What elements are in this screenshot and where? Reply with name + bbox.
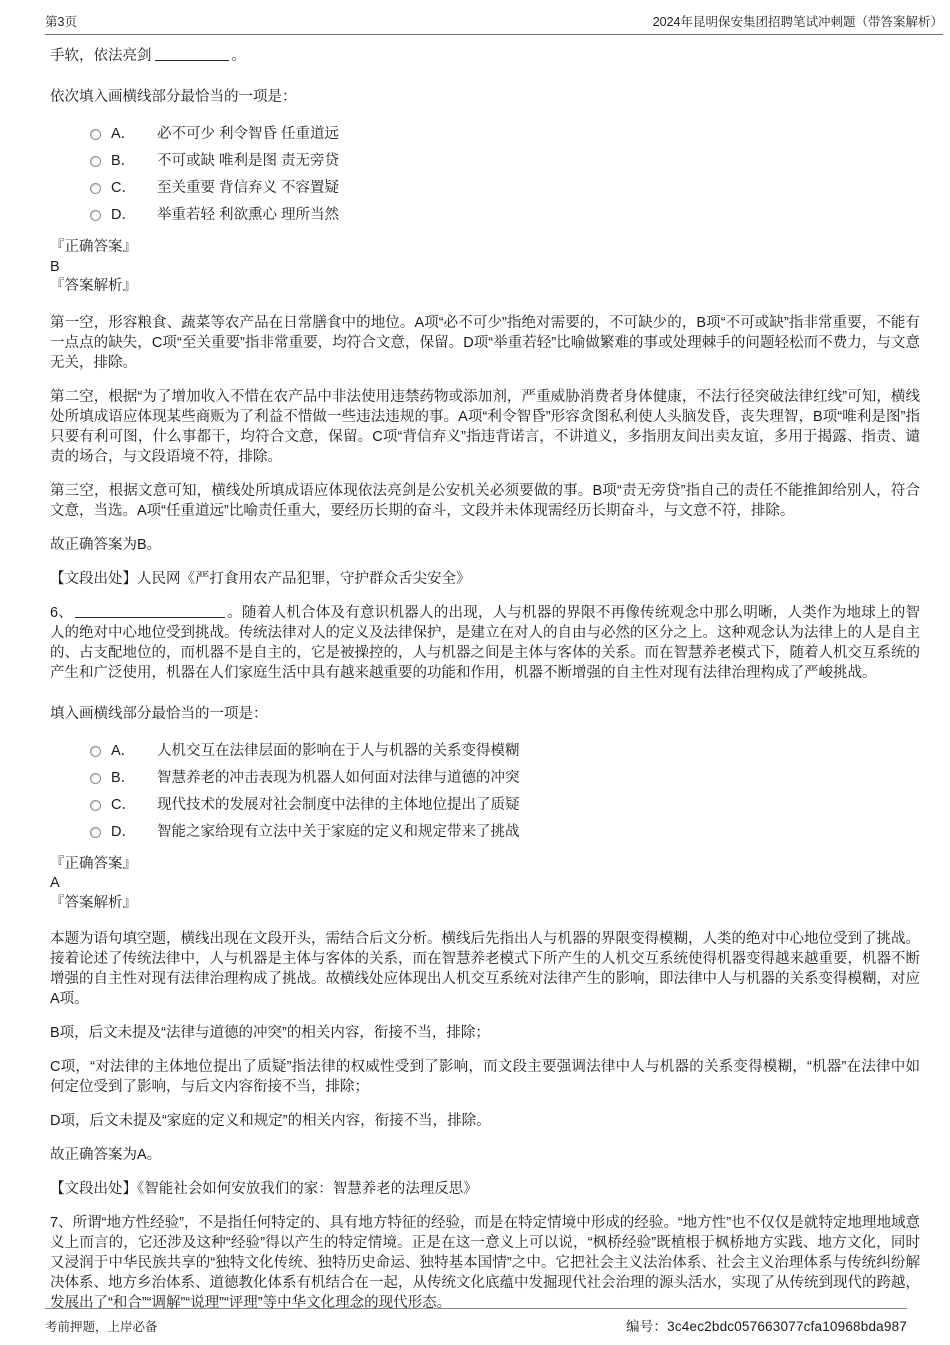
correct-answer-value: A xyxy=(50,874,920,894)
q6-analysis-conclusion: 故正确答案为A。 xyxy=(50,1145,920,1165)
q5-prompt: 依次填入画横线部分最恰当的一项是： xyxy=(50,87,920,107)
page-header: 第3页 2024年昆明保安集团招聘笔试冲刺题（带答案解析） xyxy=(45,12,943,35)
q5-passage-tail: 手软，依法亮剑。 xyxy=(50,46,920,66)
q6-option-c[interactable]: C． 现代技术的发展对社会制度中法律的主体地位提出了质疑 xyxy=(90,792,920,819)
option-letter: A． xyxy=(111,738,157,765)
option-text: 至关重要 背信弃义 不容置疑 xyxy=(157,175,339,202)
option-letter: D． xyxy=(111,202,157,229)
q7-passage: 7、所谓“地方性经验”，不是指任何特定的、具有地方特征的经验，而是在特定情境中形… xyxy=(50,1213,920,1313)
q5-passage-text: 手软，依法亮剑 xyxy=(50,48,152,64)
q5-analysis-paragraph: 第一空，形容粮食、蔬菜等农产品在日常膳食中的地位。A项“必不可少”指绝对需要的，… xyxy=(50,313,920,373)
q5-source-line: 【文段出处】人民网《严打食用农产品犯罪，守护群众舌尖安全》 xyxy=(50,569,920,589)
blank-underline xyxy=(75,604,225,618)
option-text: 人机交互在法律层面的影响在于人与机器的关系变得模糊 xyxy=(157,738,520,765)
option-letter: C． xyxy=(111,175,157,202)
q5-analysis-paragraph: 第三空，根据文意可知，横线处所填成语应体现依法亮剑是公安机关必须要做的事。B项“… xyxy=(50,481,920,521)
page-number-label: 第3页 xyxy=(45,12,77,30)
q6-answer-block: 『正确答案』 A 『答案解析』 xyxy=(50,855,920,914)
option-text: 智能之家给现有立法中关于家庭的定义和规定带来了挑战 xyxy=(157,819,520,846)
q6-prompt: 填入画横线部分最恰当的一项是： xyxy=(50,704,920,724)
document-page: 第3页 2024年昆明保安集团招聘笔试冲刺题（带答案解析） 手软，依法亮剑。 依… xyxy=(0,0,950,1345)
blank-underline xyxy=(155,47,229,61)
correct-answer-value: B xyxy=(50,258,920,278)
radio-button-icon[interactable] xyxy=(90,827,101,838)
q5-analysis-conclusion: 故正确答案为B。 xyxy=(50,535,920,555)
q7-passage-text: 所谓“地方性经验”，不是指任何特定的、具有地方特征的经验，而是在特定情境中形成的… xyxy=(50,1215,920,1311)
analysis-label: 『答案解析』 xyxy=(50,894,920,914)
q5-option-c[interactable]: C． 至关重要 背信弃义 不容置疑 xyxy=(90,175,920,202)
document-body: 手软，依法亮剑。 依次填入画横线部分最恰当的一项是： A． 必不可少 利令智昏 … xyxy=(50,46,920,1327)
q6-analysis-paragraph: D项，后文未提及“家庭的定义和规定”的相关内容，衔接不当，排除。 xyxy=(50,1111,920,1131)
option-letter: C． xyxy=(111,792,157,819)
page-footer: 考前押题，上岸必备 编号：3c4ec2bdc057663077cfa10968b… xyxy=(45,1308,907,1335)
q6-analysis-paragraph: C项，“对法律的主体地位提出了质疑”指法律的权威性受到了影响，而文段主要强调法律… xyxy=(50,1057,920,1097)
q6-analysis-paragraph: 本题为语句填空题，横线出现在文段开头，需结合后文分析。横线后先指出人与机器的界限… xyxy=(50,929,920,1009)
radio-button-icon[interactable] xyxy=(90,773,101,784)
q5-option-a[interactable]: A． 必不可少 利令智昏 任重道远 xyxy=(90,121,920,148)
option-letter: B． xyxy=(111,148,157,175)
option-text: 现代技术的发展对社会制度中法律的主体地位提出了质疑 xyxy=(157,792,520,819)
option-text: 不可或缺 唯利是图 责无旁贷 xyxy=(157,148,339,175)
radio-button-icon[interactable] xyxy=(90,183,101,194)
radio-button-icon[interactable] xyxy=(90,746,101,757)
q5-options: A． 必不可少 利令智昏 任重道远 B． 不可或缺 唯利是图 责无旁贷 C． 至… xyxy=(50,121,920,229)
option-text: 必不可少 利令智昏 任重道远 xyxy=(157,121,339,148)
q6-option-a[interactable]: A． 人机交互在法律层面的影响在于人与机器的关系变得模糊 xyxy=(90,738,920,765)
q6-analysis-paragraph: B项，后文未提及“法律与道德的冲突”的相关内容，衔接不当，排除； xyxy=(50,1023,920,1043)
radio-button-icon[interactable] xyxy=(90,800,101,811)
q5-option-d[interactable]: D． 举重若轻 利欲熏心 理所当然 xyxy=(90,202,920,229)
q6-option-b[interactable]: B． 智慧养老的冲击表现为机器人如何面对法律与道德的冲突 xyxy=(90,765,920,792)
radio-button-icon[interactable] xyxy=(90,156,101,167)
q5-option-b[interactable]: B． 不可或缺 唯利是图 责无旁贷 xyxy=(90,148,920,175)
q6-number: 6、 xyxy=(50,605,73,621)
radio-button-icon[interactable] xyxy=(90,210,101,221)
option-letter: A． xyxy=(111,121,157,148)
option-text: 智慧养老的冲击表现为机器人如何面对法律与道德的冲突 xyxy=(157,765,520,792)
correct-answer-label: 『正确答案』 xyxy=(50,238,920,258)
footer-serial: 编号：3c4ec2bdc057663077cfa10968bda987 xyxy=(626,1315,907,1335)
radio-button-icon[interactable] xyxy=(90,129,101,140)
option-letter: D． xyxy=(111,819,157,846)
q5-answer-block: 『正确答案』 B 『答案解析』 xyxy=(50,238,920,297)
q7-number: 7、 xyxy=(50,1215,73,1231)
option-text: 举重若轻 利欲熏心 理所当然 xyxy=(157,202,339,229)
q6-options: A． 人机交互在法律层面的影响在于人与机器的关系变得模糊 B． 智慧养老的冲击表… xyxy=(50,738,920,846)
q5-passage-period: 。 xyxy=(232,48,247,64)
q6-option-d[interactable]: D． 智能之家给现有立法中关于家庭的定义和规定带来了挑战 xyxy=(90,819,920,846)
q6-passage: 6、。随着人机合体及有意识机器人的出现，人与机器的界限不再像传统观念中那么明晰，… xyxy=(50,603,920,683)
option-letter: B． xyxy=(111,765,157,792)
correct-answer-label: 『正确答案』 xyxy=(50,855,920,875)
footer-serial-label: 编号： xyxy=(626,1319,667,1334)
footer-serial-value: 3c4ec2bdc057663077cfa10968bda987 xyxy=(667,1319,907,1334)
analysis-label: 『答案解析』 xyxy=(50,277,920,297)
document-title: 2024年昆明保安集团招聘笔试冲刺题（带答案解析） xyxy=(653,12,943,30)
q6-source-line: 【文段出处】《智能社会如何安放我们的家：智慧养老的法理反思》 xyxy=(50,1179,920,1199)
footer-slogan: 考前押题，上岸必备 xyxy=(45,1317,158,1335)
q5-analysis-paragraph: 第二空，根据“为了增加收入不惜在农产品中非法使用违禁药物或添加剂，严重威胁消费者… xyxy=(50,387,920,467)
